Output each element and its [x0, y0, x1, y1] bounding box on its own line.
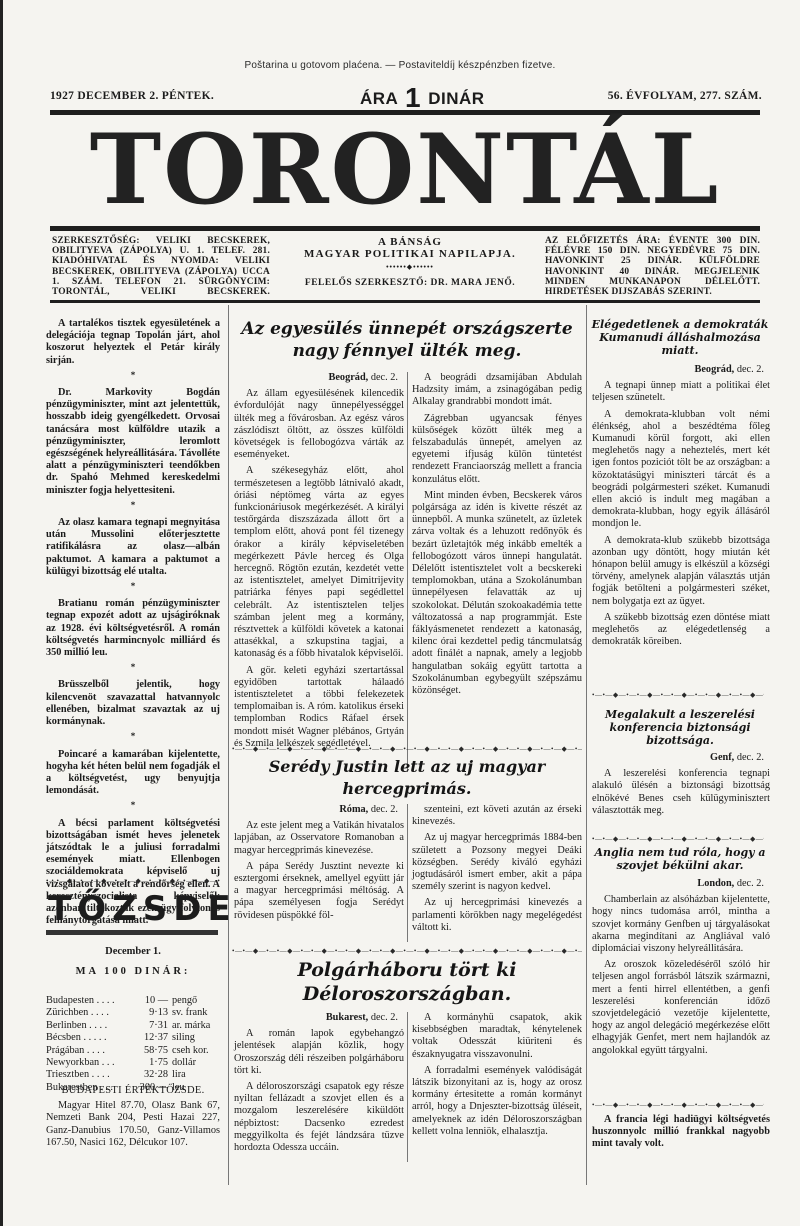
- rate-value: 9·13: [138, 1007, 172, 1019]
- separator-star: *: [46, 369, 220, 381]
- news-brief: Brüsszelből jelentik, hogy kilencvenöt s…: [46, 679, 220, 728]
- news-brief: Bratianu román pénzügyminiszter tegnap e…: [46, 598, 220, 659]
- budapest-exchange-title: BUDAPESTI ÉRTÉKTŐZSDE.: [46, 1085, 220, 1096]
- rate-city: Prágában . . . .: [46, 1045, 138, 1057]
- price-suffix: DINÁR: [428, 89, 484, 108]
- rate-row: Triesztben . . . .32·28lira: [46, 1069, 220, 1081]
- issue-date: 1927 DECEMBER 2. PÉNTEK.: [50, 90, 214, 102]
- ornament-divider: •—•—◆—•—•—◆—•—•—◆—•—•—◆—•—•—◆—•—•—◆—•—•—…: [592, 1102, 764, 1108]
- volume-number: 56. ÉVFOLYAM, 277. SZÁM.: [608, 90, 762, 102]
- article-headline: Elégedetlenek a demokraták Kumanudi állá…: [590, 318, 770, 357]
- article-paragraph: szenteini, ezt követi azután az érseki k…: [412, 804, 582, 828]
- region-label: A BÁNSÁG: [290, 237, 530, 247]
- article-paragraph: A beográdi dzsamijában Abdulah Hadzsity …: [412, 372, 582, 409]
- article-column: Bukarest, dec. 2. A román lapok egybehan…: [234, 1012, 404, 1158]
- news-brief: Az olasz kamara tegnapi megnyitása után …: [46, 517, 220, 578]
- ornament-divider: •—•—◆—•—•—◆—•—•—◆—•—•—◆—•—•—◆—•—•—◆—•—•—…: [592, 692, 764, 698]
- ornament-divider: •—•—◆—•—•—◆—•—•—◆—•—•—◆—•—•—◆—•—•—◆—•—•—…: [592, 836, 764, 842]
- article-paragraph: Az este jelent meg a Vatikán hivatalos l…: [234, 820, 404, 857]
- article-paragraph: Zágrebban ugyancsak fényes külsőségek kö…: [412, 413, 582, 486]
- article-paragraph: Az oroszok közeledéséről szóló hir telje…: [592, 959, 770, 1057]
- article-column: A francia légi hadiügyi költségvetés hus…: [592, 1114, 770, 1155]
- dateline-city: Bukarest,: [326, 1012, 368, 1023]
- dateline-ref: Róma, dec. 2.: [234, 804, 404, 816]
- newspaper-page: Poštarina u gotovom plaćena. — Postavite…: [0, 0, 800, 1226]
- rate-city: Triesztben . . . .: [46, 1069, 138, 1081]
- dateline-ref: Genf, dec. 2.: [592, 752, 770, 764]
- rate-unit: cseh kor.: [172, 1045, 220, 1057]
- article-column: szenteini, ezt követi azután az érseki k…: [412, 804, 582, 938]
- page-edge: [0, 0, 3, 1226]
- news-brief: Poincaré a kamarában kijelentette, hogyh…: [46, 749, 220, 798]
- news-brief: Dr. Markovity Bogdán pénzügyminiszter, m…: [46, 387, 220, 497]
- article-headline: Az egyesülés ünnepét országszerte nagy f…: [230, 318, 584, 362]
- rate-city: Zürichben . . . .: [46, 1007, 138, 1019]
- article-paragraph: Az uj magyar hercegprimás 1884-ben szüle…: [412, 832, 582, 893]
- header-bottom-rule: [50, 300, 760, 303]
- subscription-info: AZ ELŐFIZETÉS ÁRA: ÉVENTE 300 DIN. FÉLÉV…: [545, 236, 760, 297]
- rate-value: 12·37: [138, 1032, 172, 1044]
- article-paragraph: A gör. keleti egyházi szertartással egyi…: [234, 665, 404, 750]
- dateline-city: London,: [697, 878, 734, 889]
- rate-value: 32·28: [138, 1069, 172, 1081]
- article-paragraph: A pápa Serédy Jusztint nevezte ki eszter…: [234, 861, 404, 922]
- news-briefs-column: A tartalékos tisztek egyesületének a del…: [46, 318, 220, 929]
- article-paragraph: A kormányhü csapatok, akik kisebbségben …: [412, 1012, 582, 1061]
- dateline-date: dec. 2.: [371, 1012, 398, 1023]
- rate-city: Bécsben . . . . .: [46, 1032, 138, 1044]
- article-column: London, dec. 2. Chamberlain az alsóházba…: [592, 878, 770, 1061]
- dateline-city: Róma,: [339, 804, 368, 815]
- ornament: ••••••◆••••••: [290, 262, 530, 272]
- dateline-date: dec. 2.: [371, 372, 398, 383]
- article-paragraph: A demokrata-klubban volt némi élénkség, …: [592, 409, 770, 531]
- column-divider: [586, 305, 587, 1185]
- news-brief: A tartalékos tisztek egyesületének a del…: [46, 318, 220, 367]
- rate-row: Budapesten . . . .10 —pengő: [46, 995, 220, 1007]
- dateline-city: Beográd,: [328, 372, 368, 383]
- ornament-divider: •—•—◆—•—•—◆—•—•—◆—•—•—◆—•—•—◆—•—•—◆—•—•—…: [232, 948, 582, 954]
- rate-row: Newyorkban . . .1·75dollár: [46, 1057, 220, 1069]
- editorial-office-info: SZERKESZTŐSÉG: VELIKI BECSKEREK, OBILITY…: [52, 236, 270, 297]
- dateline-date: dec. 2.: [371, 804, 398, 815]
- dateline-city: Beográd,: [694, 364, 734, 375]
- masthead-title: TORONTÁL: [50, 118, 760, 222]
- dateline-ref: Beográd, dec. 2.: [592, 364, 770, 376]
- separator-star: *: [46, 730, 220, 742]
- ornament-divider: •—•—◆—•—•—◆—•—•—◆—•—•—◆—•—•—◆—•—•—◆—•—•—…: [46, 878, 220, 884]
- rate-unit: pengő: [172, 995, 220, 1007]
- price-prefix: ÁRA: [360, 89, 398, 108]
- rate-unit: siling: [172, 1032, 220, 1044]
- column-divider: [407, 804, 408, 942]
- column-divider: [407, 1012, 408, 1162]
- rate-city: Berlinben . . . .: [46, 1020, 138, 1032]
- article-paragraph: A demokrata-klub szükebb bizottsága azon…: [592, 535, 770, 608]
- article-paragraph: A déloroszországi csapatok egy része nyi…: [234, 1081, 404, 1154]
- article-paragraph: Chamberlain az alsóházban kijelentette, …: [592, 894, 770, 955]
- rate-row: Bécsben . . . . .12·37siling: [46, 1032, 220, 1044]
- article-headline: Megalakult a leszerelési konferencia biz…: [592, 708, 768, 747]
- article-paragraph: A szükebb bizottság ezen döntése miatt m…: [592, 612, 770, 649]
- postal-notice: Poštarina u gotovom plaćena. — Postavite…: [0, 60, 800, 71]
- article-paragraph: A tegnapi ünnep miatt a politikai élet t…: [592, 380, 770, 404]
- rate-city: Budapesten . . . .: [46, 995, 138, 1007]
- rate-value: 10 —: [138, 995, 172, 1007]
- stock-exchange-subtitle: MA 100 DINÁR:: [46, 966, 220, 977]
- article-column: Beográd, dec. 2. A tegnapi ünnep miatt a…: [592, 364, 770, 652]
- dateline: 1927 DECEMBER 2. PÉNTEK. ÁRA 1 DINÁR 56.…: [50, 86, 762, 108]
- column-divider: [228, 305, 229, 1185]
- dateline-date: dec. 2.: [737, 752, 764, 763]
- rate-value: 58·75: [138, 1045, 172, 1057]
- dateline-ref: Bukarest, dec. 2.: [234, 1012, 404, 1024]
- rate-row: Prágában . . . .58·75cseh kor.: [46, 1045, 220, 1057]
- rate-unit: ar. márka: [172, 1020, 220, 1032]
- ornament-divider: •—•—◆—•—•—◆—•—•—◆—•—•—◆—•—•—◆—•—•—◆—•—•—…: [232, 746, 582, 752]
- dateline-ref: London, dec. 2.: [592, 878, 770, 890]
- article-paragraph: A forradalmi események valódiságát látsz…: [412, 1065, 582, 1138]
- rate-unit: sv. frank: [172, 1007, 220, 1019]
- masthead-bottom-rule: [50, 226, 760, 231]
- column-divider: [407, 372, 408, 772]
- rate-city: Newyorkban . . .: [46, 1057, 138, 1069]
- article-paragraph: A francia légi hadiügyi költségvetés hus…: [592, 1114, 770, 1151]
- paper-subtitle: MAGYAR POLITIKAI NAPILAPJA.: [290, 249, 530, 259]
- article-headline: Polgárháboru tört ki Déloroszországban.: [240, 958, 574, 1006]
- rate-row: Berlinben . . . .7·31ar. márka: [46, 1020, 220, 1032]
- article-column: A kormányhü csapatok, akik kisebbségben …: [412, 1012, 582, 1142]
- article-paragraph: Az uj hercegprimási kinevezés a parlamen…: [412, 897, 582, 934]
- rate-unit: dollár: [172, 1057, 220, 1069]
- budapest-exchange-body: Magyar Hitel 87.70, Olasz Bank 67, Nemze…: [46, 1100, 220, 1150]
- rate-value: 1·75: [138, 1057, 172, 1069]
- dateline-ref: Beográd, dec. 2.: [234, 372, 404, 384]
- price-number: 1: [405, 82, 421, 113]
- dateline-date: dec. 2.: [737, 364, 764, 375]
- article-headline: Serédy Justin lett az uj magyar hercegpr…: [240, 756, 574, 800]
- separator-star: *: [46, 799, 220, 811]
- article-column: Róma, dec. 2. Az este jelent meg a Vatik…: [234, 804, 404, 926]
- stock-exchange-title: TŐZSDE: [48, 890, 216, 928]
- dateline-date: dec. 2.: [737, 878, 764, 889]
- paper-description: A BÁNSÁG MAGYAR POLITIKAI NAPILAPJA. •••…: [290, 236, 530, 288]
- article-paragraph: Az állam egyesülésének kilencedik évford…: [234, 388, 404, 461]
- article-paragraph: A székesegyház előtt, ahol természetesen…: [234, 465, 404, 660]
- stock-exchange-date: December 1.: [46, 946, 220, 957]
- article-headline: Anglia nem tud róla, hogy a szovjet békü…: [592, 846, 768, 872]
- separator-star: *: [46, 580, 220, 592]
- article-paragraph: Mint minden évben, Becskerek város polgá…: [412, 490, 582, 697]
- stock-exchange-bar: [46, 930, 218, 935]
- article-column: Beográd, dec. 2. Az állam egyesülésének …: [234, 372, 404, 754]
- article-column: Genf, dec. 2. A leszerelési konferencia …: [592, 752, 770, 821]
- rate-row: Zürichben . . . .9·13sv. frank: [46, 1007, 220, 1019]
- article-column: A beográdi dzsamijában Abdulah Hadzsity …: [412, 372, 582, 701]
- rate-unit: lira: [172, 1069, 220, 1081]
- exchange-rates-table: Budapesten . . . .10 —pengő Zürichben . …: [46, 995, 220, 1094]
- separator-star: *: [46, 661, 220, 673]
- editor-in-chief: FELELŐS SZERKESZTŐ: Dr. MARA JENŐ.: [290, 278, 530, 288]
- separator-star: *: [46, 499, 220, 511]
- rate-value: 7·31: [138, 1020, 172, 1032]
- article-paragraph: A román lapok egybehangzó jelentések ala…: [234, 1028, 404, 1077]
- dateline-city: Genf,: [710, 752, 734, 763]
- article-paragraph: A leszerelési konferencia tegnapi alakul…: [592, 768, 770, 817]
